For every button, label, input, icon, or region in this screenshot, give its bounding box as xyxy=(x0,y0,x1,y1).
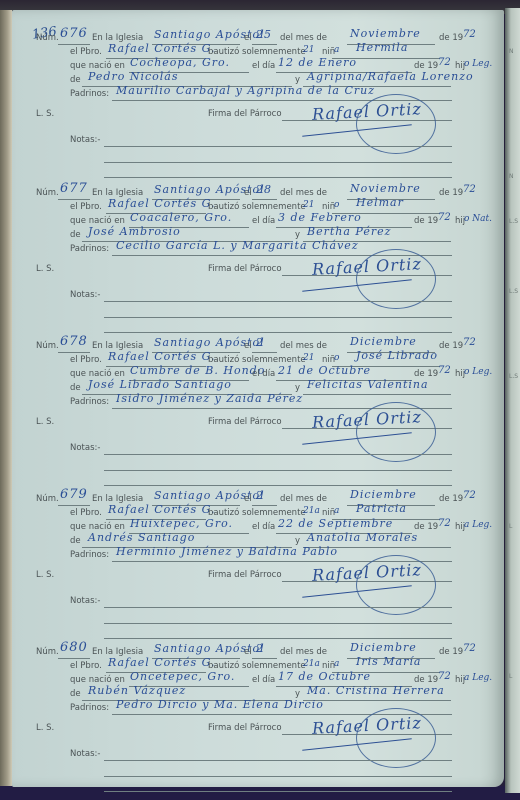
legitimacy: o Leg. xyxy=(464,366,492,378)
month-label: del mes de xyxy=(280,32,327,44)
num-line xyxy=(58,199,90,200)
priest-name: Rafael Cortés G. xyxy=(108,43,216,55)
day-line xyxy=(252,44,277,45)
priest-label: el Pbro. xyxy=(70,201,102,213)
legitimacy: a Leg. xyxy=(464,672,492,684)
child-name: Helmar xyxy=(356,197,404,209)
child-gender-suffix: o xyxy=(334,352,340,364)
born-day-label: el día xyxy=(252,60,275,72)
of-label: de xyxy=(70,535,81,547)
born-year: 72 xyxy=(438,365,451,377)
mother-name: Agripina/Rafaela Lorenzo xyxy=(307,71,474,83)
signature-label: Firma del Párroco xyxy=(208,569,282,581)
baptism-day: 2 xyxy=(256,643,264,655)
month-label: del mes de xyxy=(280,187,327,199)
mother-line xyxy=(303,700,451,701)
mother-name: Felicitas Valentina xyxy=(307,379,429,391)
child-gender-suffix: o xyxy=(334,199,340,211)
born-in: Cumbre de B. Hondo xyxy=(130,365,265,377)
baptism-day: 25 xyxy=(256,29,272,41)
born-date: 21 de Octubre xyxy=(278,365,371,377)
adjacent-page-mark: N xyxy=(509,48,514,55)
priest-label: el Pbro. xyxy=(70,354,102,366)
day-line xyxy=(252,505,277,506)
father-name: Rubén Vázquez xyxy=(88,685,186,697)
adjacent-page-mark: L.S xyxy=(509,288,518,295)
age-days: 21a xyxy=(303,658,320,670)
day-label: el xyxy=(244,340,252,352)
parish-seal-stamp xyxy=(356,94,436,154)
baptism-day: 2 xyxy=(256,490,264,502)
priest-label: el Pbro. xyxy=(70,507,102,519)
register-page: 136 Núm. 676 En la Iglesia Santiago Após… xyxy=(12,10,504,787)
baptism-record: Núm. 677 En la Iglesia Santiago Apóstol … xyxy=(12,175,504,325)
day-label: el xyxy=(244,187,252,199)
godparents: Isidro Jiménez y Zaida Pérez xyxy=(116,393,303,405)
priest-label: el Pbro. xyxy=(70,660,102,672)
notes-line xyxy=(104,607,452,608)
father-name: Pedro Nicolás xyxy=(88,71,178,83)
baptism-year: 72 xyxy=(463,184,476,196)
child-name: Hermila xyxy=(356,42,408,54)
born-day-label: el día xyxy=(252,215,275,227)
godparents: Cecilio García L. y Margarita Chávez xyxy=(116,240,359,252)
born-year: 72 xyxy=(438,57,451,69)
record-number: 680 xyxy=(60,642,88,654)
notes-line xyxy=(104,317,452,318)
born-year: 72 xyxy=(438,212,451,224)
child-gender-suffix: a xyxy=(334,44,340,56)
notes-label: Notas:- xyxy=(70,442,100,454)
num-label: Núm. xyxy=(36,340,59,352)
day-line xyxy=(252,352,277,353)
adjacent-page-mark: L xyxy=(509,673,512,680)
notes-line xyxy=(104,146,452,147)
baptism-month: Diciembre xyxy=(350,642,417,654)
num-label: Núm. xyxy=(36,32,59,44)
adjacent-page-edge: N N L.S L.S L.S L L xyxy=(505,8,520,793)
mother-name: Anatolia Morales xyxy=(307,532,418,544)
born-in: Coacalero, Gro. xyxy=(130,212,232,224)
year-label: de 19 xyxy=(439,493,463,505)
age-days: 21a xyxy=(303,505,320,517)
signature-label: Firma del Párroco xyxy=(208,263,282,275)
mother-name: Bertha Pérez xyxy=(307,226,391,238)
father-name: José Ambrosio xyxy=(88,226,181,238)
month-label: del mes de xyxy=(280,646,327,658)
day-label: el xyxy=(244,32,252,44)
godparents-label: Padrinos: xyxy=(70,549,109,561)
baptism-record: Núm. 678 En la Iglesia Santiago Apóstol … xyxy=(12,328,504,478)
godparents: Herminio Jiménez y Baldina Pablo xyxy=(116,546,338,558)
baptism-month: Noviembre xyxy=(350,183,421,195)
record-number: 679 xyxy=(60,489,88,501)
num-label: Núm. xyxy=(36,646,59,658)
child-name: Iris María xyxy=(356,656,421,668)
born-in: Oncetepec, Gro. xyxy=(130,671,235,683)
born-day-label: el día xyxy=(252,674,275,686)
priest-name: Rafael Cortés G. xyxy=(108,351,216,363)
num-line xyxy=(58,658,90,659)
baptism-record: Núm. 680 En la Iglesia Santiago Apóstol … xyxy=(12,634,504,784)
record-number: 677 xyxy=(60,183,88,195)
notes-label: Notas:- xyxy=(70,595,100,607)
legitimacy: o Leg. xyxy=(464,58,492,70)
notes-line xyxy=(104,760,452,761)
baptism-record: Núm. 676 En la Iglesia Santiago Apóstol … xyxy=(12,20,504,170)
day-line xyxy=(252,199,277,200)
godparents-label: Padrinos: xyxy=(70,243,109,255)
baptism-month: Diciembre xyxy=(350,489,417,501)
born-day-label: el día xyxy=(252,521,275,533)
legitimacy: o Nat. xyxy=(464,213,492,225)
notes-line xyxy=(104,470,452,471)
notes-label: Notas:- xyxy=(70,289,100,301)
baptism-day: 2 xyxy=(256,337,264,349)
book-bottom-edge xyxy=(0,786,520,800)
born-day-label: el día xyxy=(252,368,275,380)
ls-label: L. S. xyxy=(36,569,54,581)
year-label: de 19 xyxy=(439,187,463,199)
born-date: 12 de Enero xyxy=(278,57,357,69)
baptism-record: Núm. 679 En la Iglesia Santiago Apóstol … xyxy=(12,481,504,631)
baptism-year: 72 xyxy=(463,29,476,41)
of-label: de xyxy=(70,382,81,394)
baptism-day: 28 xyxy=(256,184,272,196)
num-line xyxy=(58,44,90,45)
of-label: de xyxy=(70,229,81,241)
age-days: 21 xyxy=(303,199,314,211)
child-gender-suffix: a xyxy=(334,505,340,517)
notes-line xyxy=(104,454,452,455)
born-year: 72 xyxy=(438,518,451,530)
baptism-month: Diciembre xyxy=(350,336,417,348)
adjacent-page-mark: L.S xyxy=(509,218,518,225)
adjacent-page-mark: L.S xyxy=(509,373,518,380)
notes-line xyxy=(104,301,452,302)
signature-label: Firma del Párroco xyxy=(208,416,282,428)
parish-seal-stamp xyxy=(356,402,436,462)
signature-label: Firma del Párroco xyxy=(208,722,282,734)
parish-seal-stamp xyxy=(356,555,436,615)
record-number: 676 xyxy=(60,28,88,40)
record-number: 678 xyxy=(60,336,88,348)
parish-seal-stamp xyxy=(356,708,436,768)
priest-name: Rafael Cortés G. xyxy=(108,657,216,669)
notes-line xyxy=(104,791,452,792)
godparents-label: Padrinos: xyxy=(70,88,109,100)
num-line xyxy=(58,352,90,353)
year-label: de 19 xyxy=(439,32,463,44)
year-label: de 19 xyxy=(439,340,463,352)
priest-name: Rafael Cortés G. xyxy=(108,504,216,516)
born-date: 22 de Septiembre xyxy=(278,518,393,530)
godparents: Maurilio Carbajal y Agripina de la Cruz xyxy=(116,85,375,97)
month-label: del mes de xyxy=(280,340,327,352)
father-name: Andrés Santiago xyxy=(88,532,195,544)
born-date: 3 de Febrero xyxy=(278,212,362,224)
father-name: José Librado Santiago xyxy=(88,379,232,391)
born-in: Cocheopa, Gro. xyxy=(130,57,230,69)
child-name: Patricia xyxy=(356,503,407,515)
parish-seal-stamp xyxy=(356,249,436,309)
priest-name: Rafael Cortés G. xyxy=(108,198,216,210)
baptism-month: Noviembre xyxy=(350,28,421,40)
baptism-year: 72 xyxy=(463,643,476,655)
year-label: de 19 xyxy=(439,646,463,658)
month-label: del mes de xyxy=(280,493,327,505)
of-label: de xyxy=(70,688,81,700)
ls-label: L. S. xyxy=(36,416,54,428)
born-year: 72 xyxy=(438,671,451,683)
mother-name: Ma. Cristina Herrera xyxy=(307,685,445,697)
num-label: Núm. xyxy=(36,187,59,199)
age-days: 21 xyxy=(303,352,314,364)
child-name: José Librado xyxy=(356,350,438,362)
num-label: Núm. xyxy=(36,493,59,505)
day-line xyxy=(252,658,277,659)
godparents: Pedro Dircio y Ma. Elena Dircio xyxy=(116,699,324,711)
baptism-year: 72 xyxy=(463,490,476,502)
priest-label: el Pbro. xyxy=(70,46,102,58)
born-year-label: de 19 xyxy=(414,215,438,227)
day-label: el xyxy=(244,493,252,505)
age-days: 21 xyxy=(303,44,314,56)
godparents-label: Padrinos: xyxy=(70,396,109,408)
ls-label: L. S. xyxy=(36,722,54,734)
notes-label: Notas:- xyxy=(70,134,100,146)
adjacent-page-mark: L xyxy=(509,523,512,530)
notes-line xyxy=(104,623,452,624)
born-in: Huixtepec, Gro. xyxy=(130,518,233,530)
child-gender-suffix: a xyxy=(334,658,340,670)
num-line xyxy=(58,505,90,506)
notes-label: Notas:- xyxy=(70,748,100,760)
baptism-year: 72 xyxy=(463,337,476,349)
book-spine-edge xyxy=(0,10,12,790)
ls-label: L. S. xyxy=(36,263,54,275)
born-date: 17 de Octubre xyxy=(278,671,371,683)
signature-label: Firma del Párroco xyxy=(208,108,282,120)
ls-label: L. S. xyxy=(36,108,54,120)
mother-line xyxy=(303,394,451,395)
notes-line xyxy=(104,776,452,777)
notes-line xyxy=(104,162,452,163)
godparents-label: Padrinos: xyxy=(70,702,109,714)
day-label: el xyxy=(244,646,252,658)
legitimacy: a Leg. xyxy=(464,519,492,531)
of-label: de xyxy=(70,74,81,86)
adjacent-page-mark: N xyxy=(509,173,514,180)
